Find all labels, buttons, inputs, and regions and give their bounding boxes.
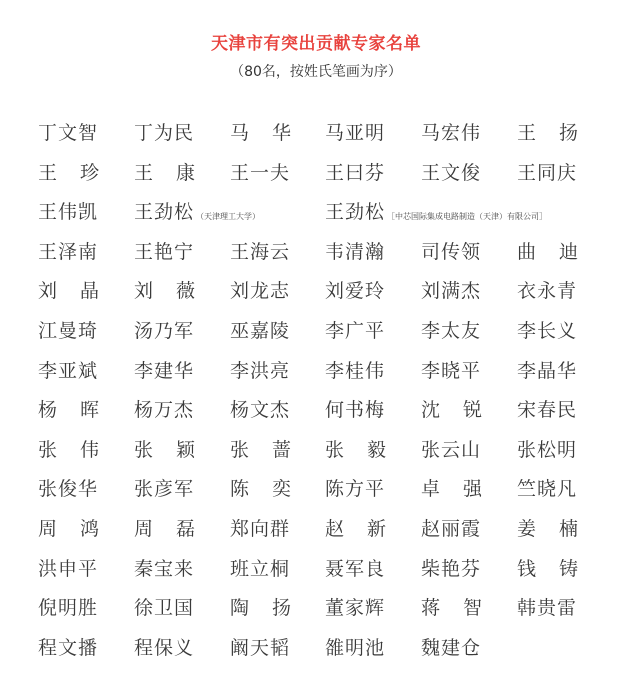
expert-name: 司传领 xyxy=(421,239,481,265)
name-row: 倪明胜徐卫国陶扬董家辉蒋智韩贵雷 xyxy=(38,595,628,635)
expert-name-text: 李桂伟 xyxy=(325,360,385,382)
name-row: 李亚斌李建华李洪亮李桂伟李晓平李晶华 xyxy=(38,358,628,398)
expert-name-text: 董家辉 xyxy=(325,597,385,619)
expert-name-text: 柴艳芬 xyxy=(421,558,481,580)
expert-name-text: 王海云 xyxy=(230,241,290,263)
name-row: 张俊华张彦军陈奕陈方平卓强竺晓凡 xyxy=(38,476,628,516)
expert-name: 聂军良 xyxy=(325,556,385,582)
expert-name-text: 张俊华 xyxy=(38,478,98,500)
expert-name-text: 马亚明 xyxy=(325,122,385,144)
name-row: 丁文智丁为民马华马亚明马宏伟王扬 xyxy=(38,120,628,160)
affiliation-note: （天津理工大学） xyxy=(196,212,260,221)
expert-name: 衣永青 xyxy=(517,278,577,304)
expert-name: 刘爱玲 xyxy=(325,278,385,304)
expert-name: 徐卫国 xyxy=(134,595,194,621)
expert-name-text: 聂军良 xyxy=(325,558,385,580)
expert-name-text: 周鸿 xyxy=(38,516,100,542)
expert-name-text: 程文播 xyxy=(38,637,98,659)
expert-name-text: 杨晖 xyxy=(38,397,100,423)
expert-name-text: 班立桐 xyxy=(230,558,290,580)
expert-name: 秦宝来 xyxy=(134,556,194,582)
expert-name-text: 李广平 xyxy=(325,320,385,342)
expert-name: 王同庆 xyxy=(517,160,577,186)
expert-name-text: 宋春民 xyxy=(517,399,577,421)
expert-name-text: 张云山 xyxy=(421,439,481,461)
expert-name-text: 司传领 xyxy=(421,241,481,263)
expert-name: 魏建仓 xyxy=(421,635,481,661)
expert-name-text: 汤乃军 xyxy=(134,320,194,342)
expert-name: 陈方平 xyxy=(325,476,385,502)
expert-name: 张伟 xyxy=(38,437,100,463)
expert-name-text: 李长义 xyxy=(517,320,577,342)
expert-name: 丁为民 xyxy=(134,120,194,146)
expert-name-text: 王康 xyxy=(134,160,196,186)
expert-name-text: 李亚斌 xyxy=(38,360,98,382)
expert-name-text: 韩贵雷 xyxy=(517,597,577,619)
expert-name-text: 洪申平 xyxy=(38,558,98,580)
expert-name: 张毅 xyxy=(325,437,387,463)
expert-name-text: 曲迪 xyxy=(517,239,579,265)
expert-name: 王珍 xyxy=(38,160,100,186)
expert-name: 李晓平 xyxy=(421,358,481,384)
name-row: 洪申平秦宝来班立桐聂军良柴艳芬钱铸 xyxy=(38,556,628,596)
expert-name-text: 张伟 xyxy=(38,437,100,463)
expert-name: 周鸿 xyxy=(38,516,100,542)
expert-name-text: 蒋智 xyxy=(421,595,483,621)
expert-name-text: 郑向群 xyxy=(230,518,290,540)
expert-name-text: 王劲松 xyxy=(134,201,194,223)
expert-name-text: 王曰芬 xyxy=(325,162,385,184)
expert-name-text: 李建华 xyxy=(134,360,194,382)
name-row: 周鸿周磊郑向群赵新赵丽霞姜楠 xyxy=(38,516,628,556)
expert-name: 钱铸 xyxy=(517,556,579,582)
name-row: 王伟凯王劲松（天津理工大学）王劲松［中芯国际集成电路制造（天津）有限公司］ xyxy=(38,199,628,239)
name-row: 江曼琦汤乃军巫嘉陵李广平李太友李长义 xyxy=(38,318,628,358)
expert-name: 韦清瀚 xyxy=(325,239,385,265)
expert-name: 王伟凯 xyxy=(38,199,98,225)
expert-name-text: 卓强 xyxy=(421,476,483,502)
expert-name-text: 雒明池 xyxy=(325,637,385,659)
expert-name: 马华 xyxy=(230,120,292,146)
expert-name-text: 沈锐 xyxy=(421,397,483,423)
expert-name: 汤乃军 xyxy=(134,318,194,344)
expert-name-text: 李洪亮 xyxy=(230,360,290,382)
expert-name-text: 王劲松 xyxy=(325,201,385,223)
expert-name: 陈奕 xyxy=(230,476,292,502)
expert-name: 马亚明 xyxy=(325,120,385,146)
expert-name-text: 张颖 xyxy=(134,437,196,463)
expert-name: 李建华 xyxy=(134,358,194,384)
expert-name-text: 倪明胜 xyxy=(38,597,98,619)
expert-name-text: 马华 xyxy=(230,120,292,146)
expert-name-text: 丁为民 xyxy=(134,122,194,144)
expert-name: 周磊 xyxy=(134,516,196,542)
expert-name: 张彦军 xyxy=(134,476,194,502)
expert-name: 何书梅 xyxy=(325,397,385,423)
expert-name-text: 姜楠 xyxy=(517,516,579,542)
expert-name: 张云山 xyxy=(421,437,481,463)
expert-name-text: 陈奕 xyxy=(230,476,292,502)
expert-name-text: 李晓平 xyxy=(421,360,481,382)
expert-name: 王康 xyxy=(134,160,196,186)
expert-name-list: 丁文智丁为民马华马亚明马宏伟王扬王珍王康王一夫王曰芬王文俊王同庆王伟凯王劲松（天… xyxy=(38,120,628,674)
name-row: 刘晶刘薇刘龙志刘爱玲刘满杰衣永青 xyxy=(38,278,628,318)
expert-name-text: 杨文杰 xyxy=(230,399,290,421)
expert-name: 张松明 xyxy=(517,437,577,463)
expert-name: 王文俊 xyxy=(421,160,481,186)
expert-name-text: 衣永青 xyxy=(517,280,577,302)
expert-name: 王艳宁 xyxy=(134,239,194,265)
expert-name-text: 陈方平 xyxy=(325,478,385,500)
expert-name: 陶扬 xyxy=(230,595,292,621)
expert-name-text: 程保义 xyxy=(134,637,194,659)
expert-name-text: 王珍 xyxy=(38,160,100,186)
expert-name-text: 王扬 xyxy=(517,120,579,146)
expert-name-text: 张松明 xyxy=(517,439,577,461)
expert-name-text: 刘爱玲 xyxy=(325,280,385,302)
expert-name: 巫嘉陵 xyxy=(230,318,290,344)
expert-name: 洪申平 xyxy=(38,556,98,582)
expert-name-text: 徐卫国 xyxy=(134,597,194,619)
expert-name: 蒋智 xyxy=(421,595,483,621)
expert-name: 王曰芬 xyxy=(325,160,385,186)
expert-name: 阚天韬 xyxy=(230,635,290,661)
expert-name-text: 张蔷 xyxy=(230,437,292,463)
expert-name-text: 韦清瀚 xyxy=(325,241,385,263)
expert-name: 姜楠 xyxy=(517,516,579,542)
expert-name: 李晶华 xyxy=(517,358,577,384)
expert-name: 杨文杰 xyxy=(230,397,290,423)
expert-name: 王一夫 xyxy=(230,160,290,186)
expert-name: 杨万杰 xyxy=(134,397,194,423)
expert-name: 王泽南 xyxy=(38,239,98,265)
expert-name-text: 王伟凯 xyxy=(38,201,98,223)
expert-name: 刘晶 xyxy=(38,278,100,304)
expert-name: 李洪亮 xyxy=(230,358,290,384)
expert-name: 李广平 xyxy=(325,318,385,344)
name-row: 张伟张颖张蔷张毅张云山张松明 xyxy=(38,437,628,477)
expert-name-text: 王同庆 xyxy=(517,162,577,184)
expert-name-text: 王文俊 xyxy=(421,162,481,184)
expert-name: 赵丽霞 xyxy=(421,516,481,542)
expert-name-text: 周磊 xyxy=(134,516,196,542)
name-row: 王珍王康王一夫王曰芬王文俊王同庆 xyxy=(38,160,628,200)
expert-name-text: 王泽南 xyxy=(38,241,98,263)
expert-name: 倪明胜 xyxy=(38,595,98,621)
expert-name-text: 刘龙志 xyxy=(230,280,290,302)
expert-name: 李太友 xyxy=(421,318,481,344)
name-row: 杨晖杨万杰杨文杰何书梅沈锐宋春民 xyxy=(38,397,628,437)
expert-name-text: 王艳宁 xyxy=(134,241,194,263)
expert-name: 李亚斌 xyxy=(38,358,98,384)
expert-name: 韩贵雷 xyxy=(517,595,577,621)
expert-name-text: 竺晓凡 xyxy=(517,478,577,500)
expert-name-text: 秦宝来 xyxy=(134,558,194,580)
expert-name-text: 李太友 xyxy=(421,320,481,342)
expert-name: 雒明池 xyxy=(325,635,385,661)
expert-name-text: 巫嘉陵 xyxy=(230,320,290,342)
expert-name: 柴艳芬 xyxy=(421,556,481,582)
expert-name: 张颖 xyxy=(134,437,196,463)
expert-name: 班立桐 xyxy=(230,556,290,582)
page-subtitle: （80名，按姓氏笔画为序） xyxy=(0,61,632,81)
expert-name-text: 陶扬 xyxy=(230,595,292,621)
expert-name: 沈锐 xyxy=(421,397,483,423)
expert-name: 刘满杰 xyxy=(421,278,481,304)
expert-name: 刘龙志 xyxy=(230,278,290,304)
expert-name: 王劲松（天津理工大学） xyxy=(134,199,260,230)
name-row: 程文播程保义阚天韬雒明池魏建仓 xyxy=(38,635,628,675)
expert-name-text: 李晶华 xyxy=(517,360,577,382)
expert-name: 赵新 xyxy=(325,516,387,542)
expert-name: 董家辉 xyxy=(325,595,385,621)
name-row: 王泽南王艳宁王海云韦清瀚司传领曲迪 xyxy=(38,239,628,279)
expert-name: 卓强 xyxy=(421,476,483,502)
expert-name-text: 钱铸 xyxy=(517,556,579,582)
expert-name-text: 阚天韬 xyxy=(230,637,290,659)
expert-name: 刘薇 xyxy=(134,278,196,304)
expert-name-text: 刘薇 xyxy=(134,278,196,304)
expert-name: 李长义 xyxy=(517,318,577,344)
expert-name-text: 刘晶 xyxy=(38,278,100,304)
expert-name: 郑向群 xyxy=(230,516,290,542)
expert-name: 李桂伟 xyxy=(325,358,385,384)
expert-name-text: 王一夫 xyxy=(230,162,290,184)
expert-name: 程文播 xyxy=(38,635,98,661)
expert-name: 张俊华 xyxy=(38,476,98,502)
expert-name: 王海云 xyxy=(230,239,290,265)
expert-name: 竺晓凡 xyxy=(517,476,577,502)
expert-name: 程保义 xyxy=(134,635,194,661)
affiliation-note: ［中芯国际集成电路制造（天津）有限公司］ xyxy=(387,212,547,221)
expert-name-text: 刘满杰 xyxy=(421,280,481,302)
expert-name-text: 赵新 xyxy=(325,516,387,542)
expert-name: 宋春民 xyxy=(517,397,577,423)
expert-name: 江曼琦 xyxy=(38,318,98,344)
expert-name: 王扬 xyxy=(517,120,579,146)
expert-name-text: 江曼琦 xyxy=(38,320,98,342)
expert-name: 王劲松［中芯国际集成电路制造（天津）有限公司］ xyxy=(325,199,547,230)
page-title: 天津市有突出贡献专家名单 xyxy=(0,29,632,54)
expert-name-text: 张彦军 xyxy=(134,478,194,500)
expert-name: 曲迪 xyxy=(517,239,579,265)
expert-name-text: 丁文智 xyxy=(38,122,98,144)
expert-name: 张蔷 xyxy=(230,437,292,463)
expert-name-text: 张毅 xyxy=(325,437,387,463)
expert-name: 杨晖 xyxy=(38,397,100,423)
expert-name-text: 杨万杰 xyxy=(134,399,194,421)
expert-name: 丁文智 xyxy=(38,120,98,146)
expert-name-text: 赵丽霞 xyxy=(421,518,481,540)
expert-name-text: 何书梅 xyxy=(325,399,385,421)
expert-name-text: 马宏伟 xyxy=(421,122,481,144)
expert-name: 马宏伟 xyxy=(421,120,481,146)
expert-name-text: 魏建仓 xyxy=(421,637,481,659)
